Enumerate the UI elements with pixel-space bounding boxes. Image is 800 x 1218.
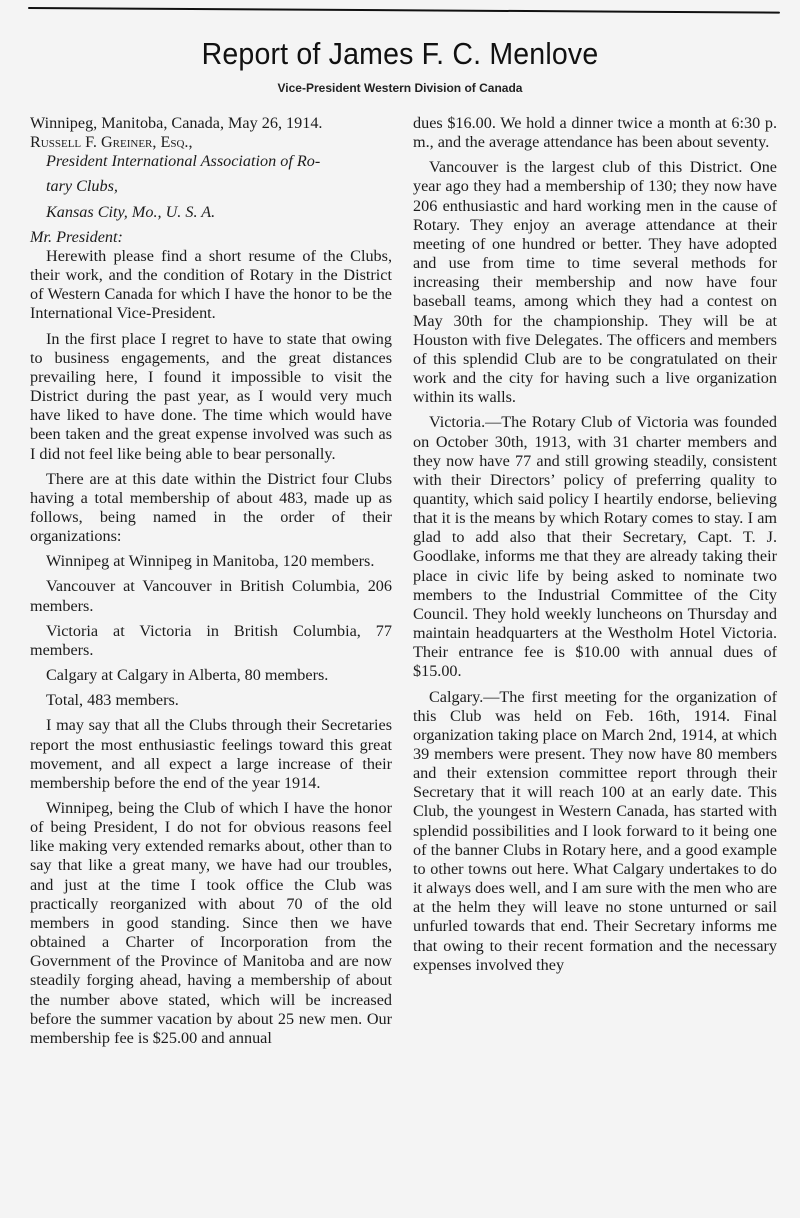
club-entry-calgary: Calgary at Calgary in Alberta, 80 member… — [30, 666, 392, 685]
club-entry-winnipeg: Winnipeg at Winnipeg in Manitoba, 120 me… — [30, 552, 392, 571]
dateline: Winnipeg, Manitoba, Canada, May 26, 1914… — [30, 114, 392, 133]
paragraph-calgary: Calgary.—The first meeting for the or­ga… — [413, 688, 777, 975]
paragraph-winnipeg-continued: dues $16.00. We hold a dinner twice a mo… — [413, 114, 777, 152]
paragraph-enthusiasm: I may say that all the Clubs through the… — [30, 716, 392, 793]
recipient-title-line-1: President International Association of R… — [30, 152, 392, 171]
paragraph-vancouver: Vancouver is the largest club of this Di… — [413, 158, 777, 407]
top-rule — [28, 7, 780, 14]
salutation: Mr. President: — [30, 228, 392, 247]
page-subtitle: Vice-President Western Division of Canad… — [0, 81, 800, 95]
page-title: Report of James F. C. Menlove — [32, 36, 768, 72]
paragraph-victoria: Victoria.—The Rotary Club of Victoria wa… — [413, 413, 777, 681]
paragraph-resume: Herewith please find a short resume of t… — [30, 247, 392, 324]
club-total: Total, 483 members. — [30, 691, 392, 710]
paragraph-clubs-intro: There are at this date within the Distri… — [30, 470, 392, 547]
right-column: dues $16.00. We hold a dinner twice a mo… — [413, 114, 777, 981]
paragraph-regret: In the first place I regret to have to s… — [30, 330, 392, 464]
left-column: Winnipeg, Manitoba, Canada, May 26, 1914… — [30, 114, 392, 1054]
recipient-address: Kansas City, Mo., U. S. A. — [30, 203, 392, 222]
club-entry-victoria: Victoria at Victoria in British Columbia… — [30, 622, 392, 660]
recipient-title-line-2: tary Clubs, — [30, 177, 392, 196]
paragraph-winnipeg: Winnipeg, being the Club of which I have… — [30, 799, 392, 1048]
recipient-name: Russell F. Greiner, Esq., — [30, 133, 392, 152]
club-entry-vancouver: Vancouver at Vancouver in British Colum­… — [30, 577, 392, 615]
